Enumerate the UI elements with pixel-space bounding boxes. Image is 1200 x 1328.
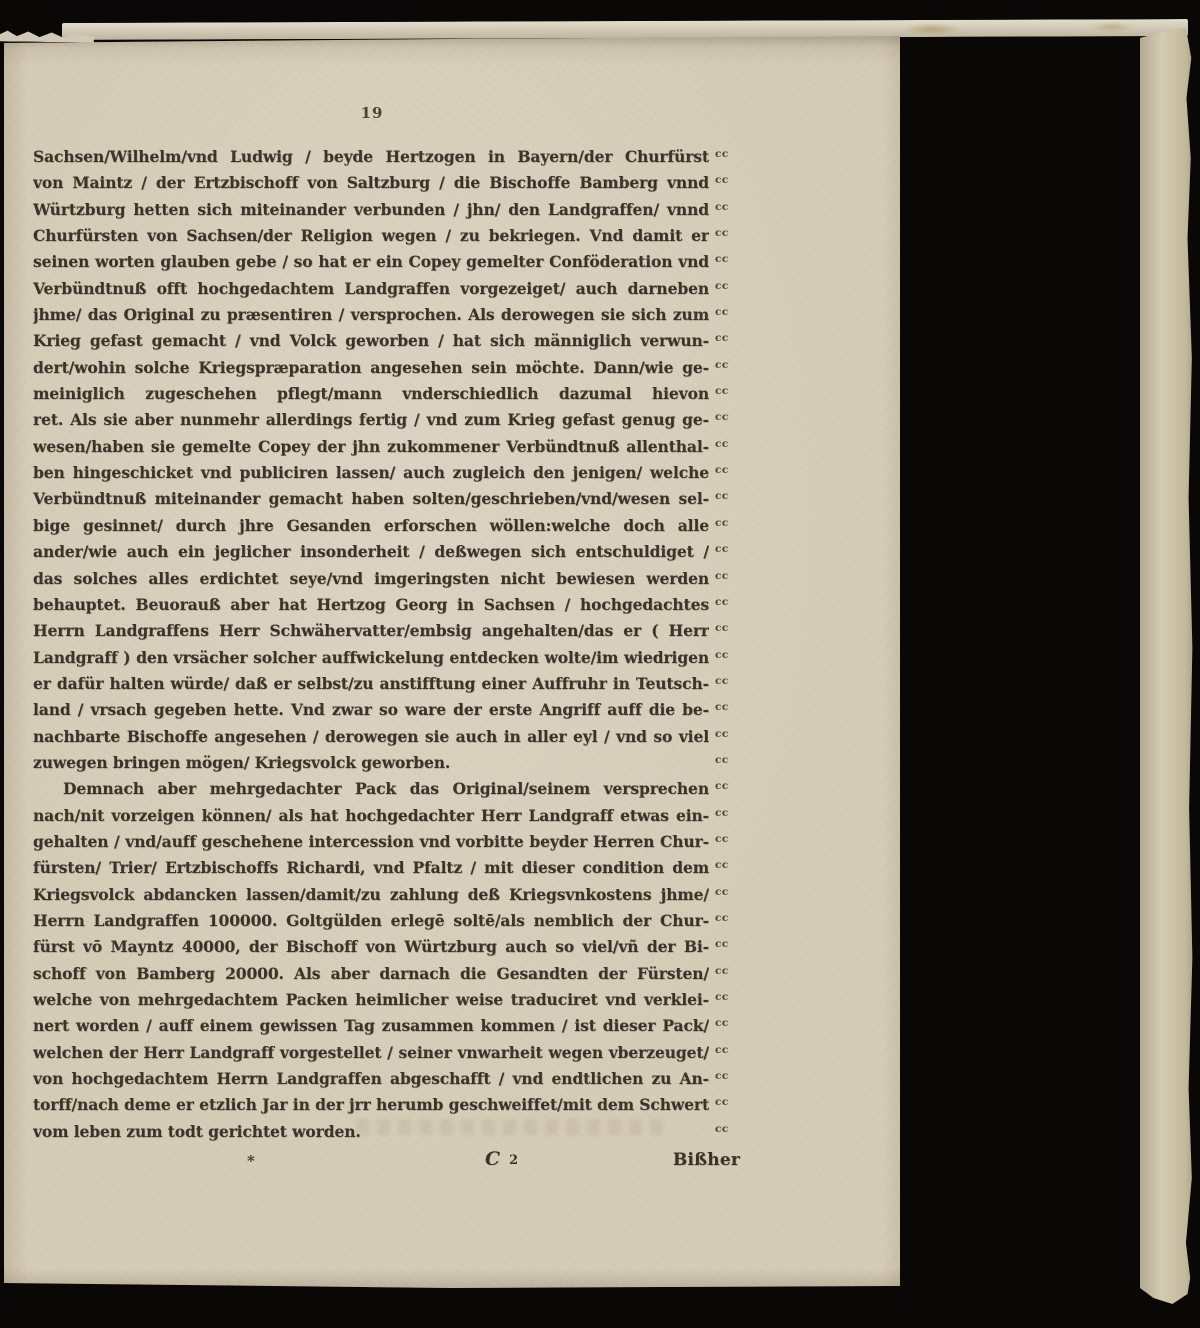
text-line: gehalten / vnd/auff geschehene intercess… <box>33 829 745 855</box>
text-line-content: seinen worten glauben gebe / so hat er e… <box>33 249 709 275</box>
book-fore-edge <box>898 40 1168 1298</box>
text-line: Kriegsvolck abdancken lassen/damit/zu za… <box>33 882 745 908</box>
margin-quote-mark: cc <box>715 747 743 773</box>
text-line: Sachsen/Wilhelm/vnd Ludwig / beyde Hertz… <box>33 144 745 170</box>
margin-quote-mark: cc <box>715 826 743 852</box>
text-line: behauptet. Beuorauß aber hat Hertzog Geo… <box>33 592 745 618</box>
text-line-content: bige gesinnet/ durch jhre Gesanden erfor… <box>33 513 709 539</box>
text-line: Demnach aber mehrgedachter Pack das Orig… <box>33 776 745 802</box>
text-line: Herrn Landgraffens Herr Schwähervatter/e… <box>33 618 745 644</box>
text-line-content: nach/nit vorzeigen können/ als hat hochg… <box>33 803 709 829</box>
text-line: Herrn Landgraffen 100000. Goltgülden erl… <box>33 908 745 934</box>
signature-letter: C <box>485 1148 500 1170</box>
text-line: fürst vō Mayntz 40000, der Bischoff von … <box>33 934 745 960</box>
book-page: 19 Sachsen/Wilhelm/vnd Ludwig / beyde He… <box>4 36 900 1288</box>
margin-quote-mark: cc <box>715 483 743 509</box>
margin-quote-mark: cc <box>715 325 743 351</box>
margin-quote-mark: cc <box>715 958 743 984</box>
text-line: das solches alles erdichtet seye/vnd img… <box>33 566 745 592</box>
text-line-content: das solches alles erdichtet seye/vnd img… <box>33 566 709 592</box>
margin-quote-mark: cc <box>715 167 743 193</box>
text-line-content: schoff von Bamberg 20000. Als aber darna… <box>33 961 709 987</box>
text-line: Krieg gefast gemacht / vnd Volck geworbe… <box>33 328 745 354</box>
text-line: torff/nach deme er etzlich Jar in der jr… <box>33 1092 745 1118</box>
text-line-content: torff/nach deme er etzlich Jar in der jr… <box>33 1092 709 1118</box>
text-line: welche von mehrgedachtem Packen heimlich… <box>33 987 745 1013</box>
text-line-content: fürst vō Mayntz 40000, der Bischoff von … <box>33 934 709 960</box>
text-line: schoff von Bamberg 20000. Als aber darna… <box>33 961 745 987</box>
margin-quote-mark: cc <box>715 220 743 246</box>
text-line-content: wesen/haben sie gemelte Copey der jhn zu… <box>33 434 709 460</box>
text-line-content: ander/wie auch ein jeglicher insonderhei… <box>33 539 709 565</box>
margin-quote-mark: cc <box>715 1010 743 1036</box>
text-line-content: nachbarte Bischoffe angesehen / derowege… <box>33 724 709 750</box>
text-line-content: nert worden / auff einem gewissen Tag zu… <box>33 1013 709 1039</box>
text-line: seinen worten glauben gebe / so hat er e… <box>33 249 745 275</box>
signature-number: 2 <box>509 1153 518 1168</box>
text-line-content: Demnach aber mehrgedachter Pack das Orig… <box>33 776 709 802</box>
signature-mark: C2 <box>485 1148 518 1170</box>
text-line: von Maintz / der Ertzbischoff von Saltzb… <box>33 170 745 196</box>
text-line: Verbündtnuß offt hochgedachtem Landgraff… <box>33 276 745 302</box>
margin-quote-mark: cc <box>715 404 743 430</box>
text-line: welchen der Herr Landgraff vorgestellet … <box>33 1040 745 1066</box>
book-photo: 19 Sachsen/Wilhelm/vnd Ludwig / beyde He… <box>0 0 1200 1328</box>
text-line: ander/wie auch ein jeglicher insonderhei… <box>33 539 745 565</box>
margin-quote-mark: cc <box>715 273 743 299</box>
text-line-content: fürsten/ Trier/ Ertzbischoffs Richardi, … <box>33 855 709 881</box>
margin-quote-mark: cc <box>715 668 743 694</box>
text-line: Würtzburg hetten sich miteinander verbun… <box>33 197 745 223</box>
text-line-content: jhme/ das Original zu præsentiren / vers… <box>33 302 709 328</box>
text-line: bige gesinnet/ durch jhre Gesanden erfor… <box>33 513 745 539</box>
text-line: dert/wohin solche Kriegspræparation ange… <box>33 355 745 381</box>
margin-quote-mark: cc <box>715 879 743 905</box>
text-block: Sachsen/Wilhelm/vnd Ludwig / beyde Hertz… <box>33 144 745 1145</box>
margin-quote-mark: cc <box>715 589 743 615</box>
text-line-content: Herrn Landgraffen 100000. Goltgülden erl… <box>33 908 709 934</box>
margin-quote-mark: cc <box>715 1116 743 1142</box>
margin-quote-mark: cc <box>715 931 743 957</box>
text-line-content: von hochgedachtem Herrn Landgraffen abge… <box>33 1066 709 1092</box>
text-line-content: zuwegen bringen mögen/ Kriegsvolck gewor… <box>33 750 709 776</box>
text-line: nach/nit vorzeigen können/ als hat hochg… <box>33 803 745 829</box>
text-line: er dafür halten würde/ daß er selbst/zu … <box>33 671 745 697</box>
text-line-content: Verbündtnuß miteinander gemacht haben so… <box>33 486 709 512</box>
margin-quote-mark: cc <box>715 299 743 325</box>
margin-quote-mark: cc <box>715 694 743 720</box>
margin-quote-mark: cc <box>715 721 743 747</box>
text-line-content: Sachsen/Wilhelm/vnd Ludwig / beyde Hertz… <box>33 144 709 170</box>
text-line-content: Krieg gefast gemacht / vnd Volck geworbe… <box>33 328 709 354</box>
margin-quote-mark: cc <box>715 431 743 457</box>
text-line: wesen/haben sie gemelte Copey der jhn zu… <box>33 434 745 460</box>
margin-quote-mark: cc <box>715 800 743 826</box>
text-line-content: gehalten / vnd/auff geschehene intercess… <box>33 829 709 855</box>
margin-quote-mark: cc <box>715 1063 743 1089</box>
text-line: jhme/ das Original zu præsentiren / vers… <box>33 302 745 328</box>
margin-quote-mark: cc <box>715 457 743 483</box>
margin-quote-mark: cc <box>715 1089 743 1115</box>
page-number: 19 <box>352 104 392 122</box>
margin-quote-mark: cc <box>715 852 743 878</box>
margin-quote-mark: cc <box>715 773 743 799</box>
text-line-content: ret. Als sie aber nunmehr allerdings fer… <box>33 407 709 433</box>
text-line-content: von Maintz / der Ertzbischoff von Saltzb… <box>33 170 709 196</box>
margin-quote-mark: cc <box>715 510 743 536</box>
margin-quote-mark: cc <box>715 563 743 589</box>
margin-quote-mark: cc <box>715 1037 743 1063</box>
text-line-content: Kriegsvolck abdancken lassen/damit/zu za… <box>33 882 709 908</box>
show-through-ghost <box>356 1119 666 1135</box>
text-line-content: welchen der Herr Landgraff vorgestellet … <box>33 1040 709 1066</box>
text-line: fürsten/ Trier/ Ertzbischoffs Richardi, … <box>33 855 745 881</box>
text-line-content: Landgraff ) den vrsächer solcher auffwic… <box>33 645 709 671</box>
text-line: nachbarte Bischoffe angesehen / derowege… <box>33 724 745 750</box>
text-line: Churfürsten von Sachsen/der Religion weg… <box>33 223 745 249</box>
text-line-content: Verbündtnuß offt hochgedachtem Landgraff… <box>33 276 709 302</box>
text-line-content: Churfürsten von Sachsen/der Religion weg… <box>33 223 709 249</box>
text-line: Verbündtnuß miteinander gemacht haben so… <box>33 486 745 512</box>
text-line-content: ben hingeschicket vnd publiciren lassen/… <box>33 460 709 486</box>
margin-quote-mark: cc <box>715 536 743 562</box>
text-line: ben hingeschicket vnd publiciren lassen/… <box>33 460 745 486</box>
catchword: Bißher <box>673 1150 740 1170</box>
signature-line: * C2 Bißher <box>33 1148 740 1182</box>
text-line-content: Herrn Landgraffens Herr Schwähervatter/e… <box>33 618 709 644</box>
margin-quote-mark: cc <box>715 194 743 220</box>
text-line-content: welche von mehrgedachtem Packen heimlich… <box>33 987 709 1013</box>
margin-quote-mark: cc <box>715 984 743 1010</box>
text-line: Landgraff ) den vrsächer solcher auffwic… <box>33 645 745 671</box>
text-line: zuwegen bringen mögen/ Kriegsvolck gewor… <box>33 750 745 776</box>
margin-quote-mark: cc <box>715 352 743 378</box>
text-line-content: er dafür halten würde/ daß er selbst/zu … <box>33 671 709 697</box>
text-line: nert worden / auff einem gewissen Tag zu… <box>33 1013 745 1039</box>
cover-edge-top <box>62 19 1188 40</box>
margin-quote-mark: cc <box>715 642 743 668</box>
text-line-content: meiniglich zugeschehen pflegt/mann vnder… <box>33 381 709 407</box>
text-line: ret. Als sie aber nunmehr allerdings fer… <box>33 407 745 433</box>
text-line: meiniglich zugeschehen pflegt/mann vnder… <box>33 381 745 407</box>
margin-quote-mark: cc <box>715 246 743 272</box>
text-line-content: land / vrsach gegeben hette. Vnd zwar so… <box>33 697 709 723</box>
text-line: land / vrsach gegeben hette. Vnd zwar so… <box>33 697 745 723</box>
margin-quote-mark: cc <box>715 905 743 931</box>
ornament-mark: * <box>247 1152 255 1170</box>
margin-quote-mark: cc <box>715 615 743 641</box>
text-line-content: Würtzburg hetten sich miteinander verbun… <box>33 197 709 223</box>
text-line: von hochgedachtem Herrn Landgraffen abge… <box>33 1066 745 1092</box>
text-line-content: behauptet. Beuorauß aber hat Hertzog Geo… <box>33 592 709 618</box>
margin-quote-mark: cc <box>715 141 743 167</box>
text-line-content: dert/wohin solche Kriegspræparation ange… <box>33 355 709 381</box>
margin-quote-mark: cc <box>715 378 743 404</box>
